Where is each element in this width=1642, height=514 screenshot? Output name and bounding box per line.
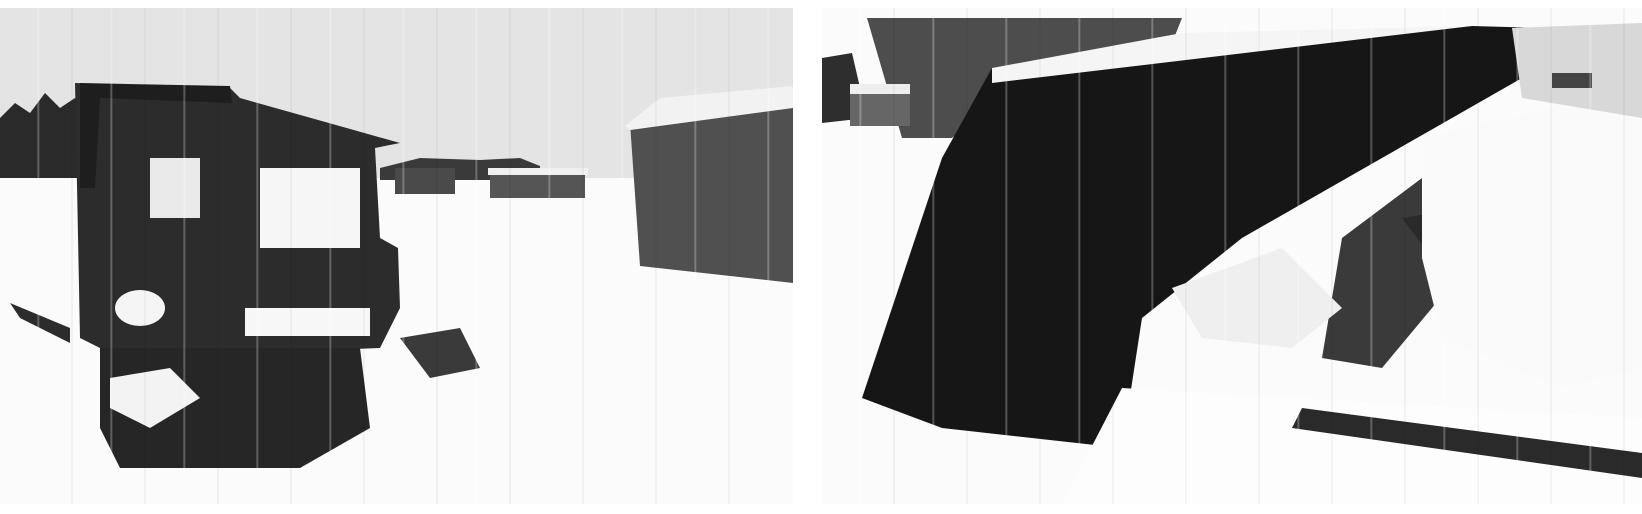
- tractor-scene: [0, 8, 793, 504]
- photo-machinery-blade: [822, 8, 1642, 504]
- blade-scene: [822, 8, 1642, 504]
- photo-tractor-in-snow: [0, 8, 793, 504]
